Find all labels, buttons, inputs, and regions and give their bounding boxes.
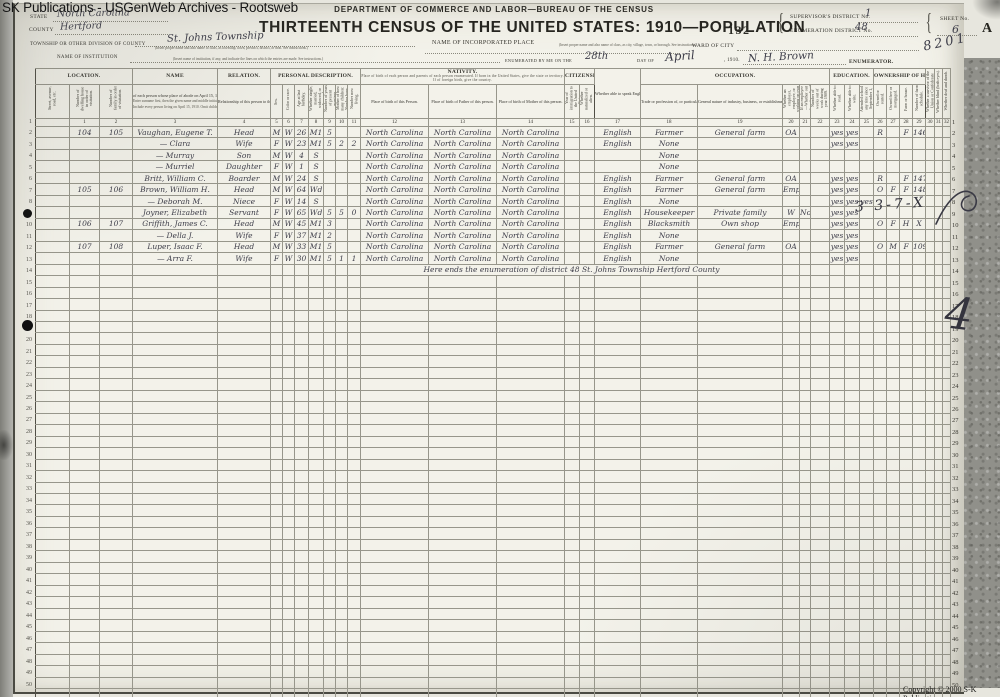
grid-cell <box>595 149 641 160</box>
grid-cell <box>641 688 698 697</box>
cell-5-name: Britt, William C. <box>133 172 218 183</box>
grid-cell <box>913 448 926 459</box>
grid-cell <box>497 631 565 642</box>
header-cell: Whether a survivor of the Union or Confe… <box>926 69 935 119</box>
grid-cell <box>783 436 800 447</box>
grid-cell <box>698 161 783 172</box>
grid-cell <box>309 390 324 401</box>
grid-cell <box>429 585 497 596</box>
header-cell: 23 <box>830 119 845 127</box>
grid-cell <box>324 321 336 332</box>
line-number: 44 <box>952 611 966 622</box>
grid-cell <box>309 287 324 298</box>
grid-cell <box>429 356 497 367</box>
grid-cell <box>309 321 324 332</box>
grid-cell <box>926 585 935 596</box>
grid-cell <box>429 620 497 631</box>
grid-cell <box>874 666 887 677</box>
grid-cell <box>497 562 565 573</box>
grid-cell <box>100 207 133 218</box>
header-cell: Whether naturalized or alien. <box>580 84 595 118</box>
grid-cell <box>218 688 271 697</box>
grid-cell <box>36 207 70 218</box>
grid-cell <box>935 379 943 390</box>
census-row-7: — Deborah M.NieceFW14SNorth CarolinaNort… <box>36 195 951 206</box>
grid-cell <box>324 390 336 401</box>
grid-cell <box>133 482 218 493</box>
grid-cell <box>811 310 830 321</box>
grid-cell <box>860 149 874 160</box>
header-cell: General nature of industry, business, or… <box>698 84 783 118</box>
grid-cell <box>887 425 900 436</box>
grid-cell <box>943 264 951 275</box>
grid-cell <box>348 562 361 573</box>
grid-cell <box>324 494 336 505</box>
grid-cell <box>887 138 900 149</box>
punch-hole <box>23 209 32 218</box>
grid-cell <box>943 448 951 459</box>
grid-cell <box>595 299 641 310</box>
grid-cell <box>913 310 926 321</box>
grid-cell <box>698 494 783 505</box>
grid-cell <box>900 356 913 367</box>
grid-cell <box>935 344 943 355</box>
census-row-28 <box>36 436 951 447</box>
grid-cell <box>309 459 324 470</box>
grid-cell <box>874 413 887 424</box>
header-cell: Number of dwelling house in order of vis… <box>70 84 100 118</box>
grid-cell <box>70 356 100 367</box>
grid-cell <box>913 505 926 516</box>
grid-cell <box>860 631 874 642</box>
grid-cell <box>361 379 429 390</box>
grid-cell <box>845 161 860 172</box>
grid-cell <box>429 528 497 539</box>
grid-cell <box>845 149 860 160</box>
grid-cell <box>324 425 336 436</box>
header-cell: PERSONAL DESCRIPTION. <box>271 69 361 85</box>
grid-cell <box>348 494 361 505</box>
grid-cell <box>497 597 565 608</box>
grid-cell <box>830 379 845 390</box>
grid-cell <box>70 390 100 401</box>
grid-cell <box>295 379 309 390</box>
grid-cell <box>271 264 283 275</box>
grid-cell <box>218 620 271 631</box>
grid-cell <box>926 218 935 229</box>
cell-11-fh: F <box>900 241 913 252</box>
grid-cell <box>926 436 935 447</box>
grid-cell <box>309 471 324 482</box>
grid-cell <box>943 620 951 631</box>
grid-cell <box>935 597 943 608</box>
cell-7-fb: North Carolina <box>429 195 497 206</box>
grid-cell <box>336 321 348 332</box>
grid-cell <box>100 138 133 149</box>
grid-cell <box>830 643 845 654</box>
grid-cell <box>595 459 641 470</box>
grid-cell <box>830 688 845 697</box>
grid-cell <box>874 482 887 493</box>
grid-cell <box>295 299 309 310</box>
grid-cell <box>887 356 900 367</box>
census-row-40 <box>36 574 951 585</box>
grid-cell <box>943 402 951 413</box>
grid-cell <box>595 620 641 631</box>
grid-cell <box>336 562 348 573</box>
grid-cell <box>887 562 900 573</box>
cell-9-yrs: 3 <box>324 218 336 229</box>
grid-cell <box>595 161 641 172</box>
cell-3-sex: M <box>271 149 283 160</box>
grid-cell <box>295 321 309 332</box>
grid-cell <box>595 505 641 516</box>
grid-cell <box>800 264 811 275</box>
line-number: 6 <box>20 174 32 185</box>
grid-cell <box>36 494 70 505</box>
grid-cell <box>641 425 698 436</box>
grid-cell <box>926 413 935 424</box>
grid-cell <box>860 379 874 390</box>
cell-9-fb: North Carolina <box>429 218 497 229</box>
grid-cell <box>336 127 348 138</box>
cell-11-sex: M <box>271 241 283 252</box>
grid-cell <box>698 299 783 310</box>
grid-cell <box>70 471 100 482</box>
grid-cell <box>900 276 913 287</box>
grid-cell <box>361 367 429 378</box>
grid-cell <box>698 608 783 619</box>
cell-6-rd: yes <box>830 184 845 195</box>
grid-cell <box>324 585 336 596</box>
grid-cell <box>800 436 811 447</box>
grid-cell <box>336 230 348 241</box>
grid-cell <box>860 528 874 539</box>
grid-cell <box>100 344 133 355</box>
grid-cell <box>641 574 698 585</box>
grid-cell <box>845 264 860 275</box>
grid-cell <box>943 241 951 252</box>
grid-cell <box>361 310 429 321</box>
grid-cell <box>845 585 860 596</box>
grid-cell <box>580 608 595 619</box>
grid-cell <box>336 677 348 688</box>
line-number: 35 <box>20 507 32 518</box>
line-number: 49 <box>20 668 32 679</box>
grid-cell <box>36 597 70 608</box>
grid-cell <box>926 516 935 527</box>
grid-cell <box>565 344 580 355</box>
grid-cell <box>336 379 348 390</box>
grid-cell <box>943 516 951 527</box>
grid-cell <box>348 299 361 310</box>
grid-cell <box>283 516 295 527</box>
grid-cell <box>830 333 845 344</box>
grid-cell <box>100 654 133 665</box>
grid-cell <box>900 436 913 447</box>
census-row-43 <box>36 608 951 619</box>
grid-cell <box>874 356 887 367</box>
header-cell: Color or race. <box>283 84 295 118</box>
grid-cell <box>698 149 783 160</box>
grid-cell <box>913 138 926 149</box>
scan-smudge <box>972 0 1000 20</box>
grid-cell <box>811 344 830 355</box>
header-cell: 32 <box>943 119 951 127</box>
grid-cell <box>429 299 497 310</box>
grid-cell <box>336 310 348 321</box>
grid-cell <box>283 528 295 539</box>
grid-cell <box>595 471 641 482</box>
grid-cell <box>361 356 429 367</box>
grid-cell <box>36 299 70 310</box>
cell-11-mb: North Carolina <box>497 241 565 252</box>
grid-cell <box>926 127 935 138</box>
grid-cell <box>361 402 429 413</box>
grid-cell <box>595 666 641 677</box>
grid-cell <box>913 253 926 264</box>
cell-10-wr: yes <box>845 230 860 241</box>
header-cell: Mother of how many children: Number born… <box>336 84 348 118</box>
cell-5-ind: General farm <box>698 172 783 183</box>
grid-cell <box>943 654 951 665</box>
grid-cell <box>324 344 336 355</box>
grid-cell <box>800 471 811 482</box>
grid-cell <box>361 459 429 470</box>
grid-cell <box>348 287 361 298</box>
grid-cell <box>800 677 811 688</box>
grid-cell <box>641 608 698 619</box>
cell-8-colr: W <box>283 207 295 218</box>
grid-cell <box>860 161 874 172</box>
header-cell: NAME <box>133 69 218 85</box>
cell-5-mar: S <box>309 172 324 183</box>
grid-cell <box>874 379 887 390</box>
grid-cell <box>70 321 100 332</box>
line-number: 37 <box>952 530 966 541</box>
line-number: 5 <box>952 163 966 174</box>
grid-cell <box>926 574 935 585</box>
dotted-line <box>737 49 919 51</box>
grid-cell <box>641 654 698 665</box>
grid-cell <box>860 299 874 310</box>
grid-cell <box>935 494 943 505</box>
grid-cell <box>783 459 800 470</box>
grid-cell <box>497 356 565 367</box>
grid-cell <box>218 448 271 459</box>
grid-cell <box>800 253 811 264</box>
grid-cell <box>580 149 595 160</box>
grid-cell <box>100 390 133 401</box>
department-line: DEPARTMENT OF COMMERCE AND LABOR—BUREAU … <box>329 5 659 14</box>
grid-cell <box>900 585 913 596</box>
grid-cell <box>783 379 800 390</box>
grid-cell <box>943 379 951 390</box>
header-cell: Whether deaf and dumb. <box>943 69 951 119</box>
grid-cell <box>429 643 497 654</box>
grid-cell <box>874 344 887 355</box>
grid-cell <box>133 562 218 573</box>
grid-cell <box>309 677 324 688</box>
line-number: 22 <box>20 358 32 369</box>
grid-cell <box>324 299 336 310</box>
brace: { <box>926 10 932 37</box>
line-number: 45 <box>20 622 32 633</box>
cell-11-yrs: 5 <box>324 241 336 252</box>
grid-cell <box>497 482 565 493</box>
grid-cell <box>565 138 580 149</box>
grid-cell <box>800 585 811 596</box>
cell-3-fb: North Carolina <box>429 149 497 160</box>
grid-cell <box>336 299 348 310</box>
grid-cell <box>811 287 830 298</box>
line-number: 40 <box>952 565 966 576</box>
grid-cell <box>811 172 830 183</box>
grid-cell <box>926 494 935 505</box>
cell-11-name: Luper, Isaac F. <box>133 241 218 252</box>
grid-cell <box>935 574 943 585</box>
grid-cell <box>36 425 70 436</box>
grid-cell <box>641 585 698 596</box>
line-number: 45 <box>952 622 966 633</box>
cell-5-wr: yes <box>845 172 860 183</box>
grid-cell <box>874 333 887 344</box>
grid-cell <box>336 161 348 172</box>
grid-cell <box>595 333 641 344</box>
grid-cell <box>36 551 70 562</box>
grid-cell <box>70 585 100 596</box>
grid-cell <box>641 356 698 367</box>
grid-cell <box>887 149 900 160</box>
grid-cell <box>783 321 800 332</box>
grid-cell <box>70 539 100 550</box>
cell-12-trade: None <box>641 253 698 264</box>
grid-cell <box>336 585 348 596</box>
grid-cell <box>845 539 860 550</box>
census-row-18 <box>36 321 951 332</box>
grid-cell <box>429 505 497 516</box>
cell-9-mar: M1 <box>309 218 324 229</box>
grid-cell <box>811 516 830 527</box>
grid-cell <box>309 654 324 665</box>
cell-11-dw: 107 <box>70 241 100 252</box>
cell-5-emp: OA <box>783 172 800 183</box>
dotted-line <box>850 35 918 37</box>
grid-cell <box>336 654 348 665</box>
grid-cell <box>887 276 900 287</box>
grid-cell <box>926 666 935 677</box>
grid-cell <box>913 230 926 241</box>
grid-cell <box>70 379 100 390</box>
grid-cell <box>800 413 811 424</box>
grid-cell <box>100 574 133 585</box>
grid-cell <box>913 264 926 275</box>
grid-cell <box>860 494 874 505</box>
grid-cell <box>698 253 783 264</box>
grid-cell <box>811 195 830 206</box>
grid-cell <box>580 172 595 183</box>
grid-cell <box>913 643 926 654</box>
line-number: 26 <box>20 404 32 415</box>
grid-cell <box>133 643 218 654</box>
grid-cell <box>811 379 830 390</box>
grid-cell <box>698 138 783 149</box>
grid-cell <box>926 172 935 183</box>
grid-cell <box>324 562 336 573</box>
grid-cell <box>860 666 874 677</box>
grid-cell <box>497 344 565 355</box>
ward-label: WARD OF CITY <box>692 43 734 49</box>
line-number: 25 <box>20 393 32 404</box>
cell-6-fam: 106 <box>100 184 133 195</box>
grid-cell <box>336 390 348 401</box>
grid-cell <box>811 402 830 413</box>
grid-cell <box>830 321 845 332</box>
grid-cell <box>935 127 943 138</box>
line-number: 14 <box>20 266 32 277</box>
grid-cell <box>348 677 361 688</box>
grid-cell <box>271 688 283 697</box>
grid-cell <box>580 471 595 482</box>
grid-cell <box>913 459 926 470</box>
grid-cell <box>218 666 271 677</box>
grid-cell <box>783 299 800 310</box>
grid-cell <box>429 539 497 550</box>
grid-cell <box>348 230 361 241</box>
cell-1-name: Vaughan, Eugene T. <box>133 127 218 138</box>
grid-cell <box>800 539 811 550</box>
grid-cell <box>271 344 283 355</box>
grid-cell <box>295 666 309 677</box>
grid-cell <box>36 172 70 183</box>
grid-cell <box>811 677 830 688</box>
grid-cell <box>271 631 283 642</box>
cell-7-eng: English <box>595 195 641 206</box>
grid-cell <box>874 149 887 160</box>
cell-7-rel: Niece <box>218 195 271 206</box>
grid-cell <box>271 528 283 539</box>
grid-cell <box>309 585 324 596</box>
grid-cell <box>565 207 580 218</box>
census-row-33 <box>36 494 951 505</box>
incorporated-label: NAME OF INCORPORATED PLACE <box>432 40 534 46</box>
grid-cell <box>295 333 309 344</box>
cell-5-own: R <box>874 172 887 183</box>
grid-cell <box>133 677 218 688</box>
header-cell: Place of birth of Mother of this person. <box>497 84 565 118</box>
grid-cell <box>497 448 565 459</box>
cell-11-colr: W <box>283 241 295 252</box>
grid-cell <box>943 643 951 654</box>
grid-cell <box>913 321 926 332</box>
grid-cell <box>348 585 361 596</box>
grid-cell <box>887 344 900 355</box>
grid-cell <box>698 585 783 596</box>
grid-cell <box>348 528 361 539</box>
grid-cell <box>900 597 913 608</box>
cell-6-wr: yes <box>845 184 860 195</box>
grid-cell <box>641 482 698 493</box>
grid-cell <box>497 436 565 447</box>
grid-cell <box>783 516 800 527</box>
grid-cell <box>845 562 860 573</box>
grid-cell <box>565 688 580 697</box>
grid-cell <box>783 333 800 344</box>
line-number: 14 <box>952 266 966 277</box>
line-number: 34 <box>952 496 966 507</box>
dotted-line <box>55 33 168 35</box>
grid-cell <box>283 597 295 608</box>
